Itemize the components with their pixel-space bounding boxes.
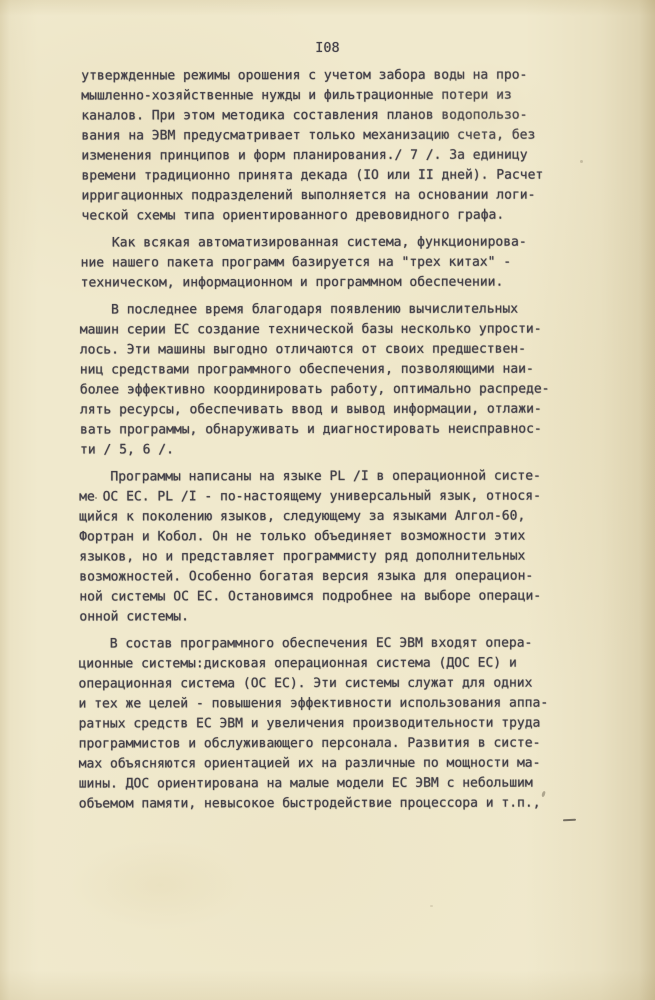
paper-blotch xyxy=(70,840,250,930)
paragraph-irrigation-regimes: утвержденные режимы орошения с учетом за… xyxy=(81,65,577,226)
paragraph-pl1-language: Программы написаны на языке PL /I в опер… xyxy=(79,466,578,627)
paragraph-es-machines: В последнее время благодаря появлению вы… xyxy=(80,299,578,460)
page-number: I08 xyxy=(0,38,655,58)
document-page: I08 утвержденные режимы орошения с учето… xyxy=(0,0,655,1000)
paper-speck-dash xyxy=(563,819,576,822)
paper-speck xyxy=(580,160,583,163)
paper-speck xyxy=(430,905,433,907)
paragraph-three-pillars: Как всякая автоматизированная система, ф… xyxy=(81,232,578,293)
text-block: утвержденные режимы орошения с учетом за… xyxy=(77,65,579,814)
paragraph-os-composition: В состав программного обеспечения ЕС ЭВМ… xyxy=(78,633,578,814)
